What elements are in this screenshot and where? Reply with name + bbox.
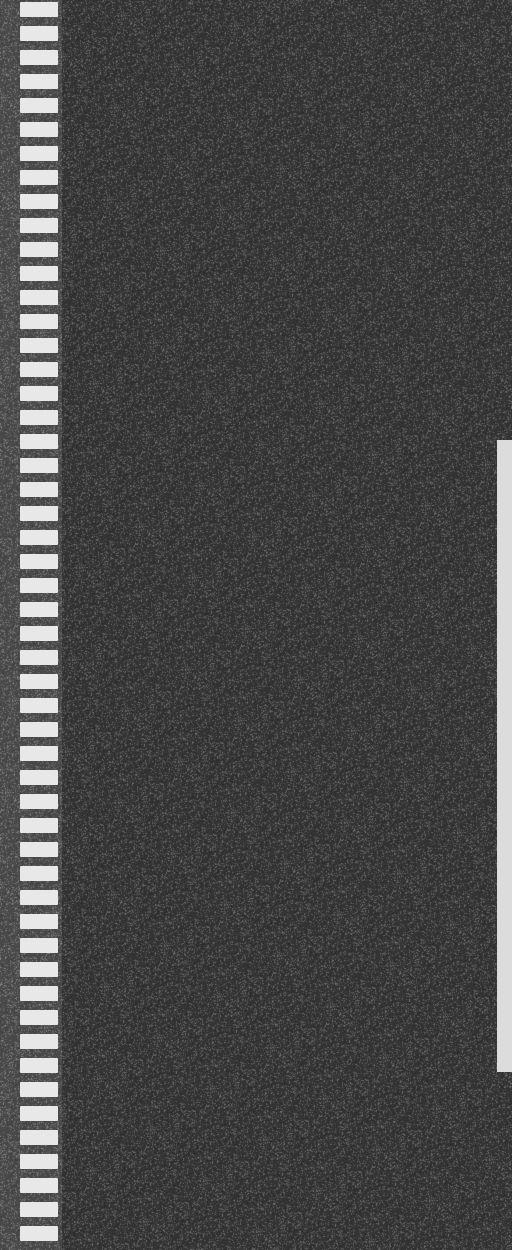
rumble-stripe (20, 842, 58, 857)
rumble-stripe (20, 98, 58, 113)
rumble-stripe (20, 218, 58, 233)
rumble-stripe (20, 986, 58, 1001)
rumble-stripe (20, 1202, 58, 1217)
rumble-stripe (20, 290, 58, 305)
rumble-stripe (20, 506, 58, 521)
rumble-stripe (20, 890, 58, 905)
rumble-stripe (20, 1082, 58, 1097)
right-solid-edge-line (497, 440, 512, 1072)
rumble-stripe (20, 242, 58, 257)
rumble-stripe (20, 26, 58, 41)
rumble-stripe (20, 1058, 58, 1073)
rumble-stripe (20, 1034, 58, 1049)
rumble-stripe (20, 458, 58, 473)
rumble-stripe (20, 530, 58, 545)
rumble-stripe (20, 1226, 58, 1241)
asphalt-texture (0, 0, 512, 1250)
rumble-stripe (20, 818, 58, 833)
rumble-stripe (20, 746, 58, 761)
dashed-rumble-markings (20, 0, 60, 1250)
rumble-stripe (20, 1010, 58, 1025)
rumble-stripe (20, 74, 58, 89)
rumble-stripe (20, 866, 58, 881)
rumble-stripe (20, 266, 58, 281)
rumble-stripe (20, 1178, 58, 1193)
rumble-stripe (20, 146, 58, 161)
rumble-stripe (20, 722, 58, 737)
rumble-stripe (20, 770, 58, 785)
rumble-stripe (20, 170, 58, 185)
rumble-stripe (20, 314, 58, 329)
rumble-stripe (20, 122, 58, 137)
road-aerial-image (0, 0, 512, 1250)
rumble-stripe (20, 650, 58, 665)
rumble-stripe (20, 938, 58, 953)
rumble-stripe (20, 434, 58, 449)
rumble-stripe (20, 410, 58, 425)
rumble-stripe (20, 794, 58, 809)
rumble-stripe (20, 698, 58, 713)
rumble-stripe (20, 578, 58, 593)
rumble-stripe (20, 962, 58, 977)
rumble-stripe (20, 554, 58, 569)
rumble-stripe (20, 1106, 58, 1121)
rumble-stripe (20, 482, 58, 497)
rumble-stripe (20, 194, 58, 209)
rumble-stripe (20, 674, 58, 689)
rumble-stripe (20, 1154, 58, 1169)
rumble-stripe (20, 626, 58, 641)
rumble-stripe (20, 1130, 58, 1145)
rumble-stripe (20, 2, 58, 17)
rumble-stripe (20, 386, 58, 401)
rumble-stripe (20, 50, 58, 65)
rumble-stripe (20, 914, 58, 929)
rumble-stripe (20, 602, 58, 617)
rumble-stripe (20, 362, 58, 377)
rumble-stripe (20, 338, 58, 353)
